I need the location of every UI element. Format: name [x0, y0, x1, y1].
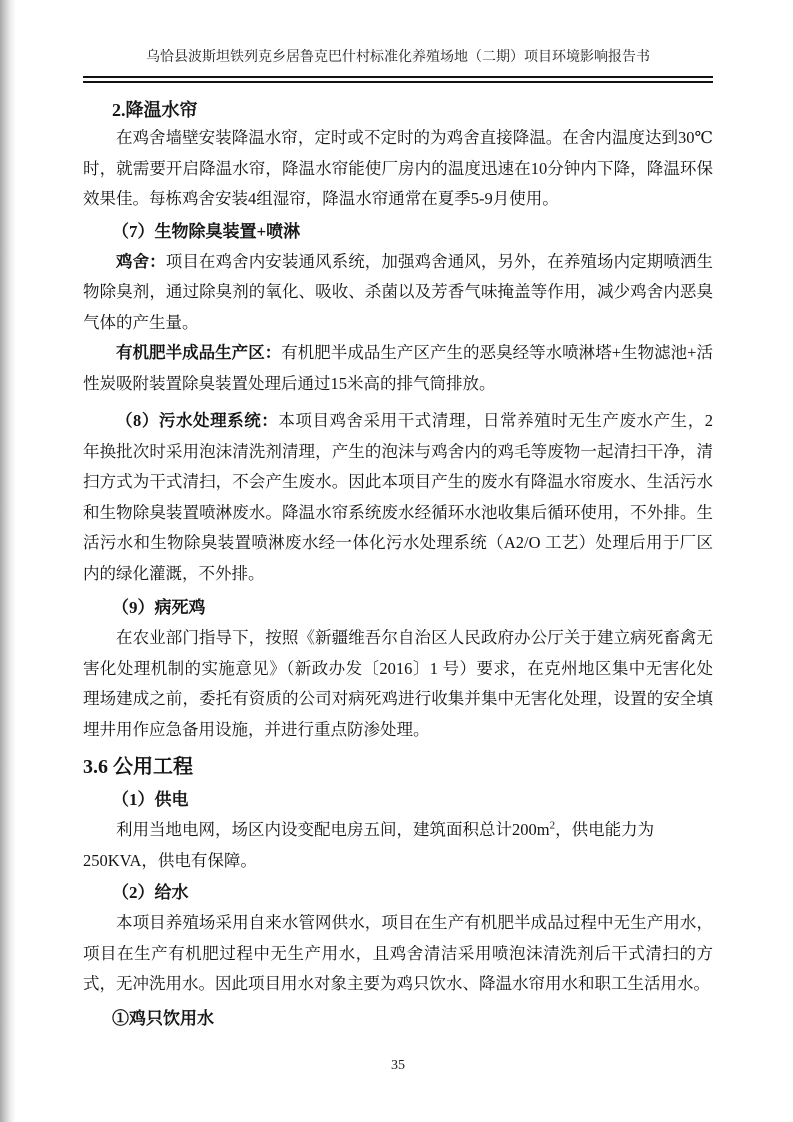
- scan-shadow-edge: [0, 0, 16, 1122]
- header-divider: [83, 76, 713, 83]
- heading-public-works: 3.6 公用工程: [83, 751, 713, 783]
- para-power-supply: 利用当地电网，场区内设变配电房五间，建筑面积总计200m2，供电能力为250KV…: [83, 815, 713, 876]
- page-content: 乌恰县波斯坦铁列克乡居鲁克巴什村标准化养殖场地（二期）项目环境影响报告书 2.降…: [83, 0, 713, 1034]
- document-page: 乌恰县波斯坦铁列克乡居鲁克巴什村标准化养殖场地（二期）项目环境影响报告书 2.降…: [0, 0, 793, 1122]
- heading-water-supply: （2）给水: [83, 878, 713, 908]
- label-fertilizer-area: 有机肥半成品生产区：: [116, 343, 281, 362]
- heading-chicken-drinking-water: ①鸡只饮用水: [83, 1004, 713, 1034]
- page-number: 35: [83, 1058, 713, 1074]
- label-sewage-system: （8）污水处理系统：: [116, 411, 278, 430]
- heading-cooling-curtain: 2.降温水帘: [83, 97, 713, 123]
- para-chicken-coop: 鸡舍：项目在鸡舍内安装通风系统，加强鸡舍通风，另外，在养殖场内定期喷洒生物除臭剂…: [83, 247, 713, 339]
- label-chicken-coop: 鸡舍：: [116, 252, 166, 271]
- heading-power-supply: （1）供电: [83, 785, 713, 815]
- para-sewage-system: （8）污水处理系统：本项目鸡舍采用干式清理，日常养殖时无生产废水产生，2 年换批…: [83, 406, 713, 589]
- text-power-line2: 250KVA，供电有保障。: [83, 851, 257, 870]
- text-chicken-coop: 项目在鸡舍内安装通风系统，加强鸡舍通风，另外，在养殖场内定期喷洒生物除臭剂，通过…: [83, 252, 713, 332]
- para-dead-chicken: 在农业部门指导下，按照《新疆维吾尔自治区人民政府办公厅关于建立病死畜禽无害化处理…: [83, 623, 713, 745]
- para-cooling-curtain: 在鸡舍墙壁安装降温水帘，定时或不定时的为鸡舍直接降温。在舍内温度达到30℃时，就…: [83, 123, 713, 215]
- text-sewage-system: 本项目鸡舍采用干式清理，日常养殖时无生产废水产生，2 年换批次时采用泡沫清洗剂清…: [83, 411, 713, 583]
- text-power-line1-pre: 利用当地电网，场区内设变配电房五间，建筑面积总计200m: [116, 820, 550, 839]
- heading-dead-chicken: （9）病死鸡: [83, 593, 713, 623]
- para-fertilizer-area: 有机肥半成品生产区：有机肥半成品生产区产生的恶臭经等水喷淋塔+生物滤池+活性炭吸…: [83, 338, 713, 399]
- running-header-title: 乌恰县波斯坦铁列克乡居鲁克巴什村标准化养殖场地（二期）项目环境影响报告书: [83, 50, 713, 66]
- para-water-supply: 本项目养殖场采用自来水管网供水，项目在生产有机肥半成品过程中无生产用水，项目在生…: [83, 908, 713, 1000]
- text-power-line1-post: ，供电能力为: [555, 820, 654, 839]
- heading-deodorization-spray: （7）生物除臭装置+喷淋: [83, 217, 713, 247]
